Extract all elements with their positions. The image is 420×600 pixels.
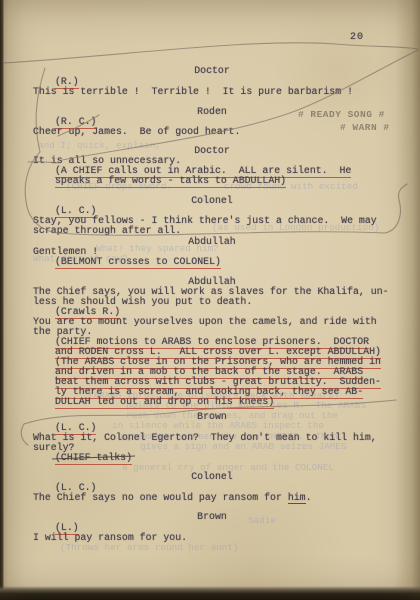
pencil-bottom-wave: [58, 232, 385, 236]
pencil-brown-hook: [21, 424, 28, 445]
pencil-right-bracket: [385, 184, 407, 233]
pencil-left-bracket: [25, 152, 58, 233]
pencil-diagonal: [62, 50, 418, 160]
pencil-brown-wave: [24, 400, 396, 424]
scanned-script-page: and I; quick, explain,(CHIEF drops sword…: [0, 0, 420, 600]
pencil-left-vertical: [36, 68, 45, 152]
pencil-top-sweep: [4, 43, 418, 63]
pencil-marks-overlay: [0, 0, 420, 600]
pencil-small-stroke: [58, 115, 99, 136]
